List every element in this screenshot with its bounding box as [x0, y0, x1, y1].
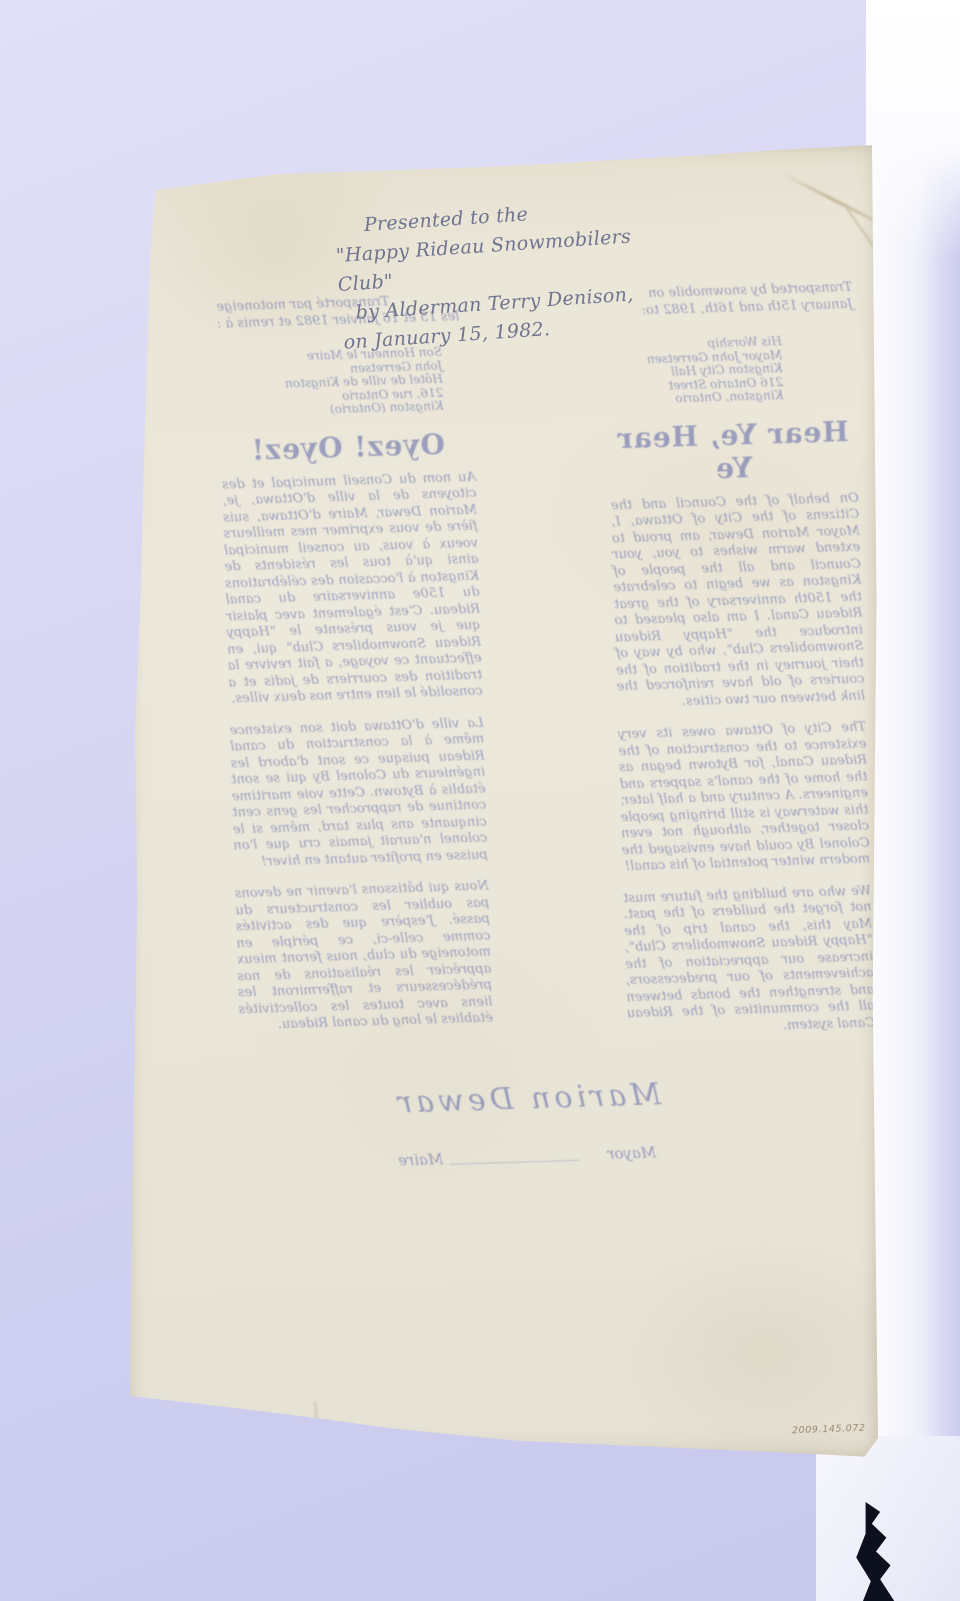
- paper-content: Presented to the "Happy Rideau Snowmobil…: [105, 129, 898, 1470]
- paragraph-fr-1: Au nom du Conseil municipal et des citoy…: [222, 469, 483, 708]
- paragraph-en-2: The City of Ottawa owes its very existen…: [618, 720, 871, 876]
- paragraph-en-3: We who are building the future must not …: [623, 883, 876, 1039]
- body-text-french: Au nom du Conseil municipal et des citoy…: [222, 469, 493, 1035]
- signature-script: Marion Dewar: [347, 1076, 708, 1122]
- paper-sheet: Presented to the "Happy Rideau Snowmobil…: [126, 140, 878, 1458]
- photo-background: Presented to the "Happy Rideau Snowmobil…: [0, 0, 960, 1601]
- paragraph-fr-2: La ville d'Ottawa doit son existence mêm…: [229, 715, 488, 871]
- headline-english: Hear Ye, Hear Ye: [608, 414, 858, 488]
- address-block-en: His Worship Mayor John Gerretsen Kingsto…: [606, 335, 784, 408]
- paragraph-fr-3: Nous qui bâtissons l'avenir ne devons pa…: [235, 878, 494, 1034]
- under-sheet: [816, 1436, 960, 1601]
- maire-label: Maire: [398, 1150, 444, 1169]
- body-text-english: On behalf of the Council and the Citizen…: [611, 490, 876, 1039]
- address-block-fr: Son Honneur le Maire John Gerretsen Hôte…: [218, 346, 444, 421]
- mat-edge-highlight: [866, 0, 960, 260]
- french-column: Transporté par motoneige les 15 et 16 ja…: [216, 291, 493, 1050]
- handwritten-inscription: Presented to the "Happy Rideau Snowmobil…: [333, 190, 692, 358]
- headline-french: Oyez! Oyez!: [220, 426, 475, 467]
- mayor-label: Mayor: [607, 1143, 657, 1163]
- paragraph-en-1: On behalf of the Council and the Citizen…: [611, 490, 866, 712]
- english-column: Transported by snowmobile on January 15t…: [604, 279, 876, 1054]
- signature-line: [449, 1160, 579, 1165]
